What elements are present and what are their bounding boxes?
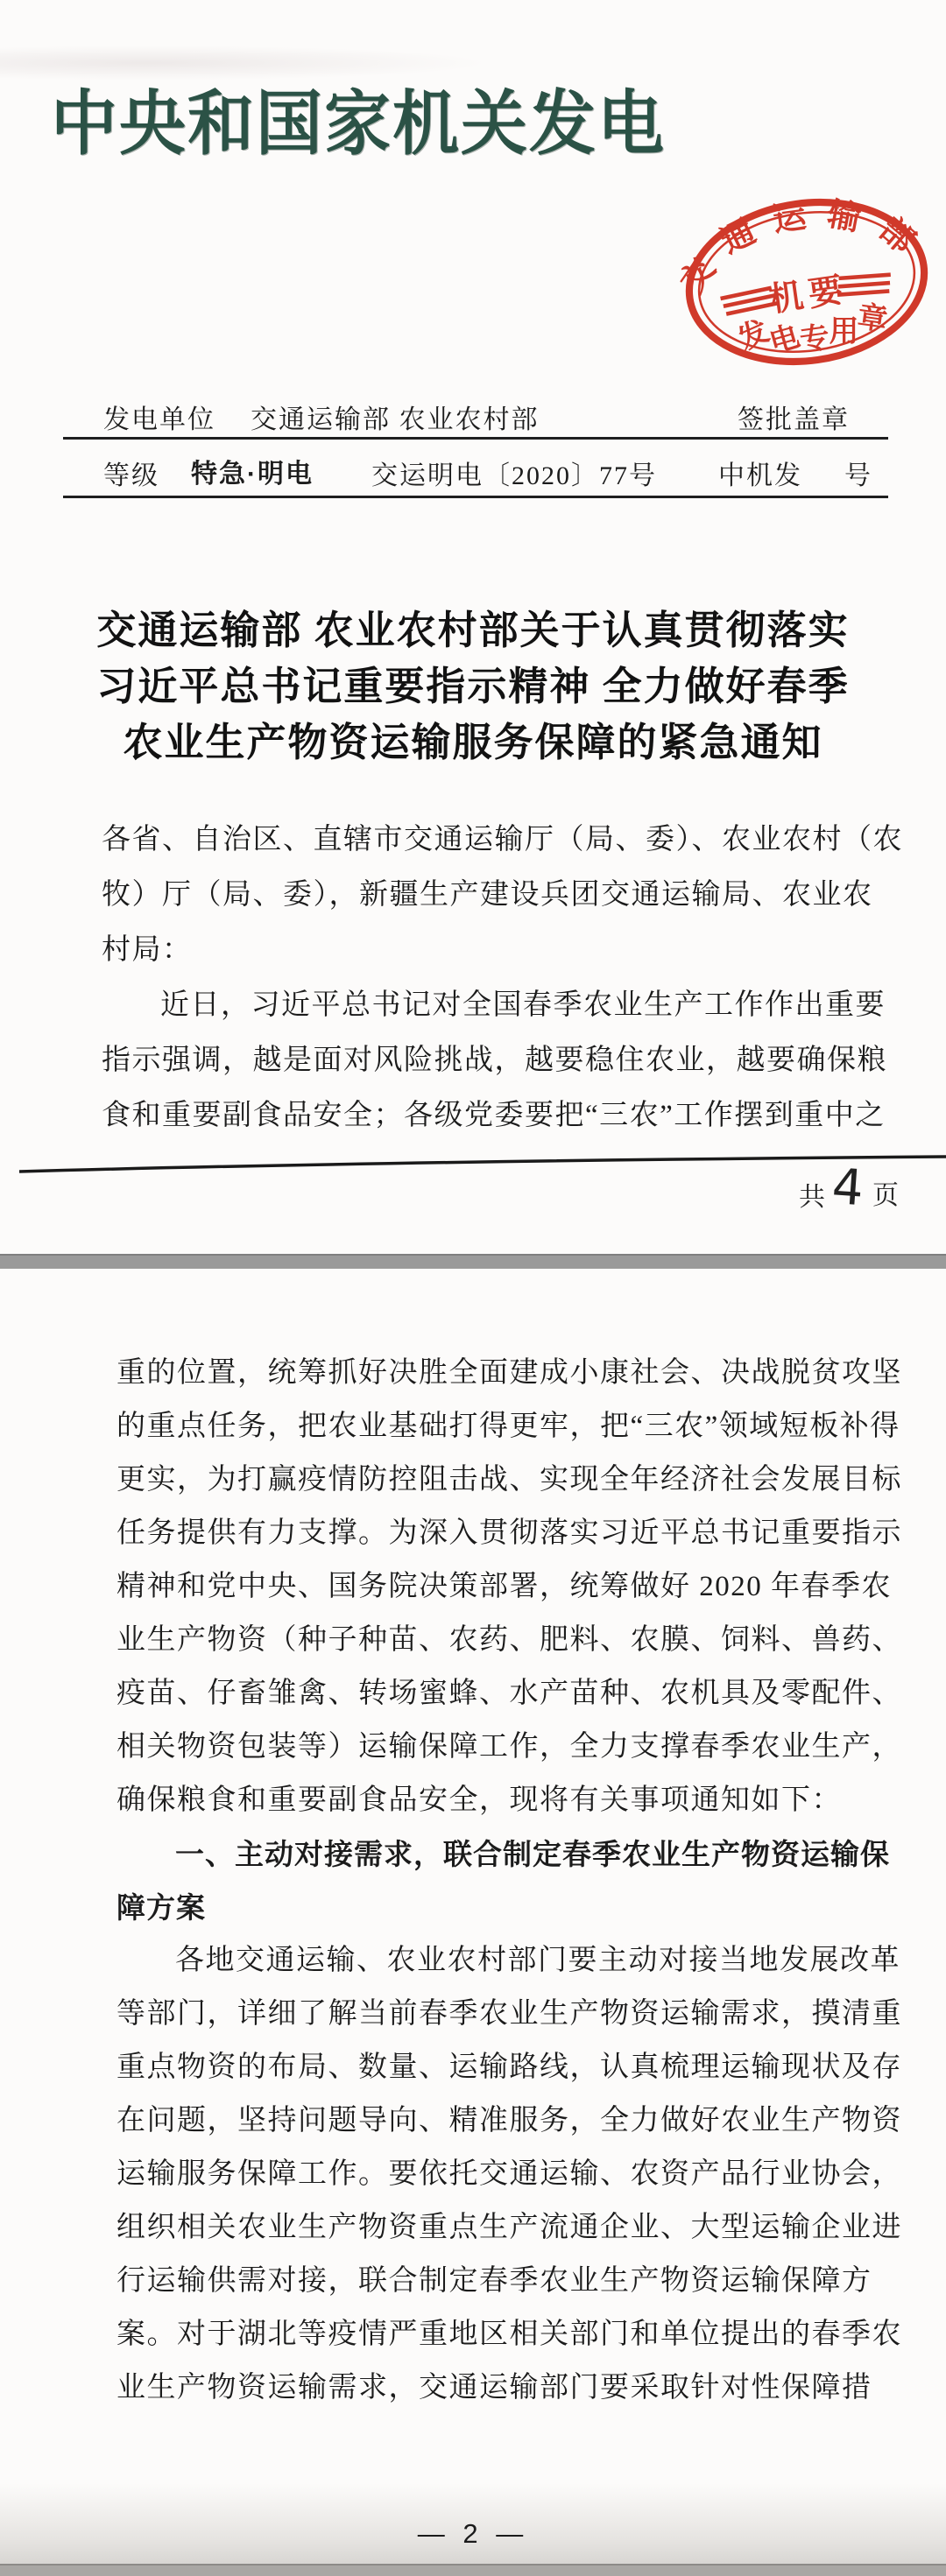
page-count-suffix: 页 — [872, 1173, 899, 1212]
page2-number: — 2 — — [0, 2518, 946, 2550]
body-line: 案。对于湖北等疫情严重地区相关部门和单位提出的春季农 — [116, 2308, 894, 2361]
svg-text:专: 专 — [798, 320, 832, 357]
body-line: 组织相关农业生产物资重点生产流通企业、大型运输企业进 — [116, 2201, 894, 2255]
masthead-title: 中央和国家机关发电 — [51, 74, 681, 176]
body-line: 确保粮食和重要副食品安全，现将有关事项通知如下： — [116, 1774, 894, 1827]
body-line: 一、主动对接需求，联合制定春季农业生产物资运输保 — [116, 1827, 894, 1881]
body-line: 的重点任务，把农业基础打得更牢，把“三农”领域短板补得 — [116, 1400, 894, 1453]
page1-body: 各省、自治区、直辖市交通运输厅（局、委）、农业农村（农牧）厅（局、委），新疆生产… — [102, 813, 890, 1144]
table-rule-2 — [63, 496, 888, 498]
scan-bottom-edge — [0, 2564, 946, 2576]
body-line: 更实，为打赢疫情防控阻击战、实现全年经济社会发展目标 — [116, 1453, 894, 1507]
document-title-line: 习近平总书记重要指示精神 全力做好春季 — [0, 658, 946, 714]
body-line: 指示强调，越是面对风险挑战，越要稳住农业，越要确保粮 — [102, 1033, 890, 1088]
body-line: 在问题，坚持问题导向、精准服务，全力做好农业生产物资 — [116, 2094, 894, 2148]
document-title: 交通运输部 农业农村部关于认真贯彻落实习近平总书记重要指示精神 全力做好春季农业… — [0, 602, 946, 771]
body-line: 村局： — [102, 923, 890, 978]
svg-text:用: 用 — [830, 313, 859, 348]
document-number: 交运明电〔2020〕77号 — [371, 454, 657, 492]
body-line: 精神和党中央、国务院决策部署，统筹做好 2020 年春季农 — [116, 1560, 894, 1614]
page-count-number-handwritten: 4 — [830, 1158, 865, 1217]
approval-seal-label: 签批盖章 — [738, 398, 850, 436]
document-title-line: 交通运输部 农业农村部关于认真贯彻落实 — [0, 602, 946, 658]
body-line: 障方案 — [116, 1881, 894, 1934]
body-line: 疫苗、仔畜雏禽、转场蜜蜂、水产苗种、农机具及零配件、 — [116, 1667, 894, 1721]
priority-value: 特急·明电 — [191, 452, 314, 490]
sender-value: 交通运输部 农业农村部 — [251, 398, 540, 436]
body-line: 相关物资包装等）运输保障工作，全力支撑春季农业生产， — [116, 1721, 894, 1774]
svg-text:章: 章 — [856, 299, 890, 337]
body-line: 重的位置，统筹抓好决胜全面建成小康社会、决战脱贫攻坚 — [116, 1347, 894, 1400]
header-info-table: 发电单位 交通运输部 农业农村部 签批盖章 等级 特急·明电 交运明电〔2020… — [63, 389, 888, 499]
body-line: 等部门，详细了解当前春季农业生产物资运输需求，摸清重 — [116, 1988, 894, 2041]
body-line: 任务提供有力支撑。为深入贯彻落实习近平总书记重要指示 — [116, 1507, 894, 1560]
body-line: 牧）厅（局、委），新疆生产建设兵团交通运输局、农业农 — [102, 868, 890, 923]
seal-graphic: 交通运输部 机要 发 电 专 用 章 — [671, 179, 942, 384]
central-ref-suffix: 号 — [844, 454, 872, 492]
body-line: 重点物资的布局、数量、运输路线，认真梳理运输现状及存 — [116, 2041, 894, 2094]
body-line: 各地交通运输、农业农村部门要主动对接当地发展改革 — [116, 1934, 894, 1988]
central-ref-label: 中机发 — [718, 454, 802, 492]
body-line: 近日，习近平总书记对全国春季农业生产工作作出重要 — [102, 978, 890, 1033]
body-line: 业生产物资运输需求，交通运输部门要采取针对性保障措 — [116, 2361, 894, 2415]
sender-label: 发电单位 — [103, 398, 215, 436]
scanned-telegram-document: 中央和国家机关发电 交通运输部 机要 发 电 专 — [0, 0, 946, 2576]
body-line: 各省、自治区、直辖市交通运输厅（局、委）、农业农村（农 — [102, 813, 890, 868]
priority-label: 等级 — [103, 454, 159, 492]
body-line: 运输服务保障工作。要依托交通运输、农资产品行业协会， — [116, 2148, 894, 2201]
official-seal: 交通运输部 机要 发 电 专 用 章 — [671, 179, 942, 384]
page-count-prefix: 共 — [799, 1175, 825, 1214]
body-line: 行运输供需对接，联合制定春季农业生产物资运输保障方 — [116, 2255, 894, 2308]
seal-center-text: 机要 — [766, 270, 850, 320]
table-rule-1 — [63, 437, 888, 440]
page-divider-bar — [0, 1254, 946, 1269]
body-line: 业生产物资（种子种苗、农药、肥料、农膜、饲料、兽药、 — [116, 1614, 894, 1667]
document-title-line: 农业生产物资运输服务保障的紧急通知 — [0, 714, 946, 771]
page2-body: 重的位置，统筹抓好决胜全面建成小康社会、决战脱贫攻坚的重点任务，把农业基础打得更… — [116, 1347, 894, 2415]
body-line: 食和重要副食品安全；各级党委要把“三农”工作摆到重中之 — [102, 1088, 890, 1144]
